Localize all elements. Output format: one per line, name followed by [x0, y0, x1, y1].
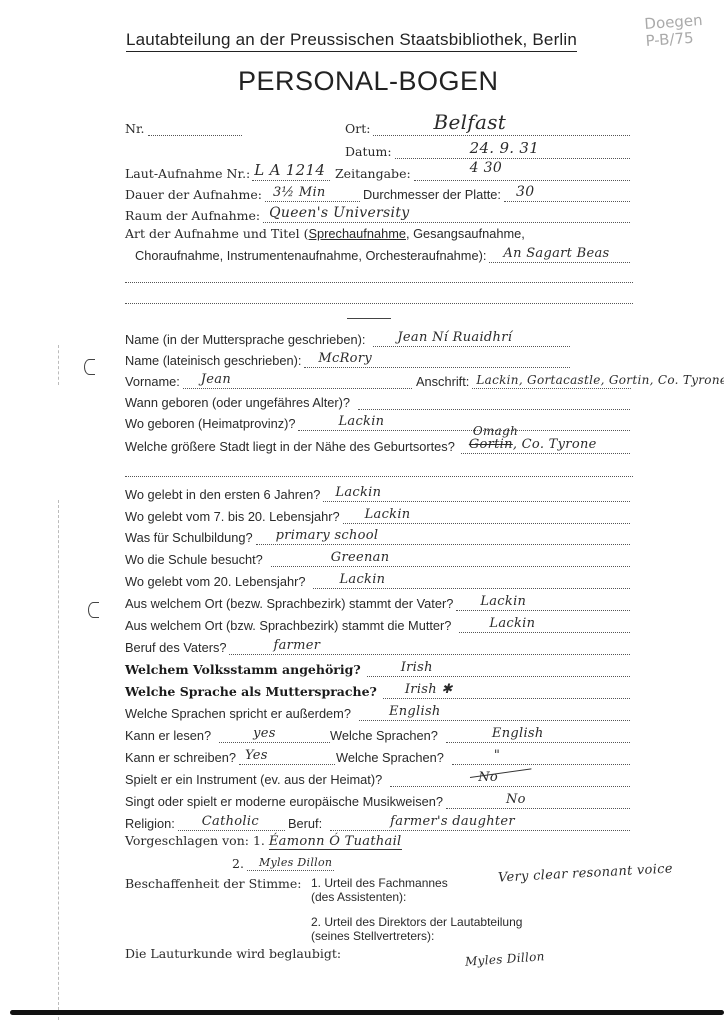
- field-value: Yes: [245, 748, 268, 763]
- field-nr: Nr.: [125, 118, 245, 136]
- field-ort-vater-input[interactable]: Lackin: [456, 597, 630, 611]
- field-label: Singt oder spielt er moderne europäische…: [125, 794, 443, 809]
- field-anschrift: Anschrift: Lackin, Gortacastle, Gortin, …: [416, 371, 631, 389]
- field-value: No: [478, 770, 498, 785]
- field-beruf-vater-input[interactable]: farmer: [229, 641, 630, 655]
- field-label: Wo die Schule besucht?: [125, 552, 263, 567]
- field-name-lateinisch-input[interactable]: McRory: [304, 354, 570, 368]
- field-label: Durchmesser der Platte:: [363, 187, 501, 202]
- field-religion-input[interactable]: Catholic: [178, 817, 285, 831]
- field-value: Myles Dillon: [259, 856, 332, 869]
- field-continuation[interactable]: [125, 459, 633, 477]
- field-durchmesser: Durchmesser der Platte: 30: [363, 184, 633, 202]
- field-label: Laut-Aufnahme Nr.:: [125, 166, 250, 181]
- field-dauer: Dauer der Aufnahme: 3½ Min: [125, 184, 363, 202]
- field-instrument: Spielt er ein Instrument (ev. aus der He…: [125, 769, 633, 787]
- field-ort-input[interactable]: Belfast: [373, 122, 630, 136]
- field-schulbildung: Was für Schulbildung? primary school: [125, 527, 633, 545]
- field-label: Dauer der Aufnahme:: [125, 187, 262, 202]
- field-groessere-stadt-input[interactable]: Gortin, Co. Tyrone Omagh: [461, 440, 630, 454]
- stimme-label: Beschaffenheit der Stimme:: [125, 876, 302, 891]
- binding-mark: [58, 500, 59, 1020]
- field-value: L A 1214: [254, 161, 325, 179]
- field-value: Irish: [401, 660, 433, 675]
- field-value: Lackin: [365, 507, 411, 522]
- field-label: 2. Urteil des Direktors der Lautabteilun…: [311, 915, 522, 929]
- field-name-muttersprache: Name (in der Muttersprache geschrieben):…: [125, 329, 573, 347]
- signature: Myles Dillon: [465, 949, 545, 969]
- field-schreiben-input[interactable]: Yes: [239, 751, 335, 765]
- field-beruf-input[interactable]: farmer's daughter: [330, 817, 630, 831]
- field-durchmesser-input[interactable]: 30: [504, 188, 630, 202]
- field-label: Kann er schreiben?: [125, 750, 236, 765]
- field-label: Spielt er ein Instrument (ev. aus der He…: [125, 772, 382, 787]
- field-value: No: [506, 792, 526, 807]
- field-label: Wo gelebt vom 20. Lebensjahr?: [125, 574, 305, 589]
- field-label: Choraufnahme, Instrumentenaufnahme, Orch…: [135, 248, 486, 263]
- field-schulbildung-input[interactable]: primary school: [256, 531, 630, 545]
- field-label: Welche Sprache als Muttersprache?: [125, 684, 377, 699]
- page-title: PERSONAL-BOGEN: [238, 66, 499, 97]
- field-zeitangabe-input[interactable]: 4 30: [414, 167, 630, 181]
- field-value: Lackin: [489, 616, 535, 631]
- field-value: An Sagart Beas: [503, 246, 609, 261]
- field-beruf: Beruf: farmer's daughter: [288, 813, 633, 831]
- field-label: , Gesangsaufnahme,: [406, 226, 525, 241]
- entry-number: 2.: [232, 856, 244, 871]
- field-anschrift-input[interactable]: Lackin, Gortacastle, Gortin, Co. Tyrone.: [472, 375, 631, 389]
- field-art-input[interactable]: An Sagart Beas: [489, 249, 630, 263]
- field-vorname: Vorname: Jean: [125, 371, 415, 389]
- field-erste-6-jahre: Wo gelebt in den ersten 6 Jahren? Lackin: [125, 484, 633, 502]
- archive-note: Doegen P-B/75: [644, 12, 704, 50]
- field-value: English: [389, 704, 441, 719]
- field-label: Aus welchem Ort (bzw. Sprachbezirk) stam…: [125, 618, 451, 633]
- binding-mark: [58, 345, 59, 385]
- field-ort-vater: Aus welchem Ort (bezw. Sprachbezirk) sta…: [125, 593, 633, 611]
- field-value: Jean: [201, 372, 231, 387]
- field-label: Welche Sprachen spricht er außerdem?: [125, 706, 351, 721]
- field-name-lateinisch: Name (lateinisch geschrieben): McRory: [125, 350, 573, 368]
- field-volksstamm-input[interactable]: Irish: [367, 663, 630, 677]
- field-label: (seines Stellvertreters):: [311, 929, 522, 943]
- field-instrument-input[interactable]: No: [390, 773, 630, 787]
- field-art-continuation[interactable]: [125, 286, 633, 304]
- field-raum: Raum der Aufnahme: Queen's University: [125, 205, 633, 223]
- field-label: Welche Sprachen?: [336, 750, 444, 765]
- field-label: Datum:: [345, 144, 392, 159]
- field-vorgeschlagen-label: Vorgeschlagen von: 1. Éamonn Ó Tuathail: [125, 833, 402, 849]
- institution-header: Lautabteilung an der Preussischen Staats…: [126, 30, 577, 52]
- field-beruf-vater: Beruf des Vaters? farmer: [125, 637, 633, 655]
- field-ort: Ort: Belfast: [345, 118, 633, 136]
- field-label: Was für Schulbildung?: [125, 530, 253, 545]
- field-sprachen-ausserdem: Welche Sprachen spricht er außerdem? Eng…: [125, 703, 633, 721]
- field-label: Vorname:: [125, 374, 180, 389]
- field-value: ": [494, 748, 500, 763]
- field-value: McRory: [318, 351, 372, 366]
- entry-number: 1.: [253, 833, 265, 848]
- field-value: Gortin, Co. Tyrone: [469, 437, 597, 452]
- field-laut-aufnahme-nr-input[interactable]: L A 1214: [252, 167, 330, 181]
- field-lesen-sprachen: Welche Sprachen? English: [330, 725, 633, 743]
- field-value: English: [492, 726, 544, 741]
- archive-note-line: P-B/75: [645, 29, 704, 50]
- field-value: , Co. Tyrone: [513, 437, 597, 452]
- field-value: 4 30: [470, 160, 502, 176]
- field-label: Raum der Aufnahme:: [125, 208, 260, 223]
- field-label: Art der Aufnahme und Titel (: [125, 226, 309, 241]
- field-volksstamm: Welchem Volksstamm angehörig? Irish: [125, 659, 633, 677]
- field-laut-aufnahme-nr: Laut-Aufnahme Nr.: L A 1214: [125, 163, 333, 181]
- field-value: Lackin, Gortacastle, Gortin, Co. Tyrone.: [476, 373, 724, 387]
- struck-value: Gortin: [469, 437, 513, 452]
- field-muttersprache: Welche Sprache als Muttersprache? Irish …: [125, 681, 633, 699]
- field-value: 24. 9. 31: [470, 139, 540, 157]
- field-label: Name (lateinisch geschrieben):: [125, 353, 301, 368]
- field-muttersprache-input[interactable]: Irish ✱: [383, 685, 630, 699]
- field-7-bis-20-input[interactable]: Lackin: [343, 510, 630, 524]
- field-lesen: Kann er lesen? yes: [125, 725, 330, 743]
- field-value: Catholic: [202, 814, 259, 829]
- field-label: Aus welchem Ort (bezw. Sprachbezirk) sta…: [125, 596, 453, 611]
- field-schreiben-sprachen: Welche Sprachen? ": [336, 747, 633, 765]
- field-musikweisen: Singt oder spielt er moderne europäische…: [125, 791, 633, 809]
- field-schreiben-sprachen-input[interactable]: ": [452, 751, 630, 765]
- field-value: farmer's daughter: [390, 814, 515, 829]
- field-value: Queen's University: [269, 205, 409, 221]
- field-wann-geboren: Wann geboren (oder ungefähres Alter)?: [125, 392, 633, 410]
- field-schule-besucht: Wo die Schule besucht? Greenan: [125, 549, 633, 567]
- field-label: Vorgeschlagen von:: [125, 833, 249, 848]
- field-raum-input[interactable]: Queen's University: [263, 209, 630, 223]
- field-groessere-stadt: Welche größere Stadt liegt in der Nähe d…: [125, 436, 633, 454]
- margin-bracket-mark: [88, 602, 99, 618]
- field-value: Lackin: [339, 572, 385, 587]
- beglaubigt-label: Die Lauturkunde wird beglaubigt:: [125, 946, 341, 961]
- field-label: Beruf:: [288, 816, 322, 831]
- field-nr-input[interactable]: [148, 122, 242, 136]
- field-wo-geboren: Wo geboren (Heimatprovinz)? Lackin: [125, 413, 633, 431]
- field-vorgeschlagen-2: 2. Myles Dillon: [232, 853, 337, 871]
- field-zeitangabe: Zeitangabe: 4 30: [335, 163, 633, 181]
- field-wann-geboren-input[interactable]: [358, 396, 630, 410]
- field-art: Choraufnahme, Instrumentenaufnahme, Orch…: [135, 245, 633, 263]
- field-ab-20-input[interactable]: Lackin: [313, 575, 630, 589]
- field-label: Zeitangabe:: [335, 166, 411, 181]
- field-label: Wo geboren (Heimatprovinz)?: [125, 416, 295, 431]
- field-value: Jean Ní Ruaidhrí: [397, 330, 512, 345]
- field-label: (des Assistenten):: [311, 890, 448, 904]
- correction-value: Omagh: [473, 424, 518, 438]
- field-schreiben: Kann er schreiben? Yes: [125, 747, 335, 765]
- field-value: 30: [516, 184, 534, 200]
- field-value: Lackin: [338, 414, 384, 429]
- section-divider: [347, 318, 391, 319]
- field-value: Irish ✱: [405, 682, 453, 697]
- field-ab-20: Wo gelebt vom 20. Lebensjahr? Lackin: [125, 571, 633, 589]
- field-label: Wo gelebt vom 7. bis 20. Lebensjahr?: [125, 509, 340, 524]
- field-value: 3½ Min: [273, 185, 326, 200]
- field-label: Ort:: [345, 121, 370, 136]
- field-label: Kann er lesen?: [125, 728, 211, 743]
- field-label: Wo gelebt in den ersten 6 Jahren?: [125, 487, 320, 502]
- field-datum-input[interactable]: 24. 9. 31: [395, 145, 630, 159]
- field-art-continuation[interactable]: [125, 265, 633, 283]
- field-label: Wann geboren (oder ungefähres Alter)?: [125, 395, 350, 410]
- personal-bogen-form: Lautabteilung an der Preussischen Staats…: [0, 0, 724, 1024]
- field-label: Anschrift:: [416, 374, 469, 389]
- field-value: Greenan: [331, 550, 390, 565]
- field-label: Welche größere Stadt liegt in der Nähe d…: [125, 439, 455, 454]
- proposer-2-input[interactable]: Myles Dillon: [247, 857, 334, 871]
- field-ort-mutter: Aus welchem Ort (bzw. Sprachbezirk) stam…: [125, 615, 633, 633]
- field-vorname-input[interactable]: Jean: [183, 375, 412, 389]
- field-label: Religion:: [125, 816, 175, 831]
- field-label: 1. Urteil des Fachmannes: [311, 876, 448, 890]
- field-label: Welche Sprachen?: [330, 728, 438, 743]
- field-schule-besucht-input[interactable]: Greenan: [271, 553, 630, 567]
- field-value: Belfast: [433, 110, 506, 134]
- field-musikweisen-input[interactable]: No: [446, 795, 630, 809]
- field-sprachen-ausserdem-input[interactable]: English: [359, 707, 630, 721]
- field-religion: Religion: Catholic: [125, 813, 285, 831]
- field-value: Lackin: [335, 485, 381, 500]
- field-label: Beruf des Vaters?: [125, 640, 226, 655]
- field-lesen-sprachen-input[interactable]: English: [446, 729, 630, 743]
- field-wo-geboren-input[interactable]: Lackin: [298, 417, 630, 431]
- field-label: Nr.: [125, 121, 145, 136]
- field-erste-6-jahre-input[interactable]: Lackin: [323, 488, 630, 502]
- field-value: primary school: [276, 528, 379, 543]
- field-value: yes: [253, 726, 276, 741]
- field-7-bis-20: Wo gelebt vom 7. bis 20. Lebensjahr? Lac…: [125, 506, 633, 524]
- field-ort-mutter-input[interactable]: Lackin: [459, 619, 630, 633]
- urteil-2-label: 2. Urteil des Direktors der Lautabteilun…: [311, 915, 522, 943]
- field-value: Lackin: [480, 594, 526, 609]
- margin-bracket-mark: [84, 359, 95, 375]
- field-art-label: Art der Aufnahme und Titel (Sprechaufnah…: [125, 226, 525, 241]
- field-name-muttersprache-input[interactable]: Jean Ní Ruaidhrí: [373, 333, 570, 347]
- urteil-1-label: 1. Urteil des Fachmannes (des Assistente…: [311, 876, 448, 904]
- field-label: Name (in der Muttersprache geschrieben):: [125, 332, 365, 347]
- field-dauer-input[interactable]: 3½ Min: [265, 188, 360, 202]
- field-label: Welchem Volksstamm angehörig?: [125, 662, 361, 677]
- field-lesen-input[interactable]: yes: [219, 729, 330, 743]
- field-datum: Datum: 24. 9. 31: [345, 141, 633, 159]
- field-value: farmer: [273, 638, 320, 653]
- selected-recording-type[interactable]: Sprechaufnahme: [309, 226, 406, 241]
- proposer-1[interactable]: Éamonn Ó Tuathail: [269, 834, 402, 850]
- urteil-1-value[interactable]: Very clear resonant voice: [498, 861, 673, 885]
- page-bottom-edge: [10, 1010, 724, 1015]
